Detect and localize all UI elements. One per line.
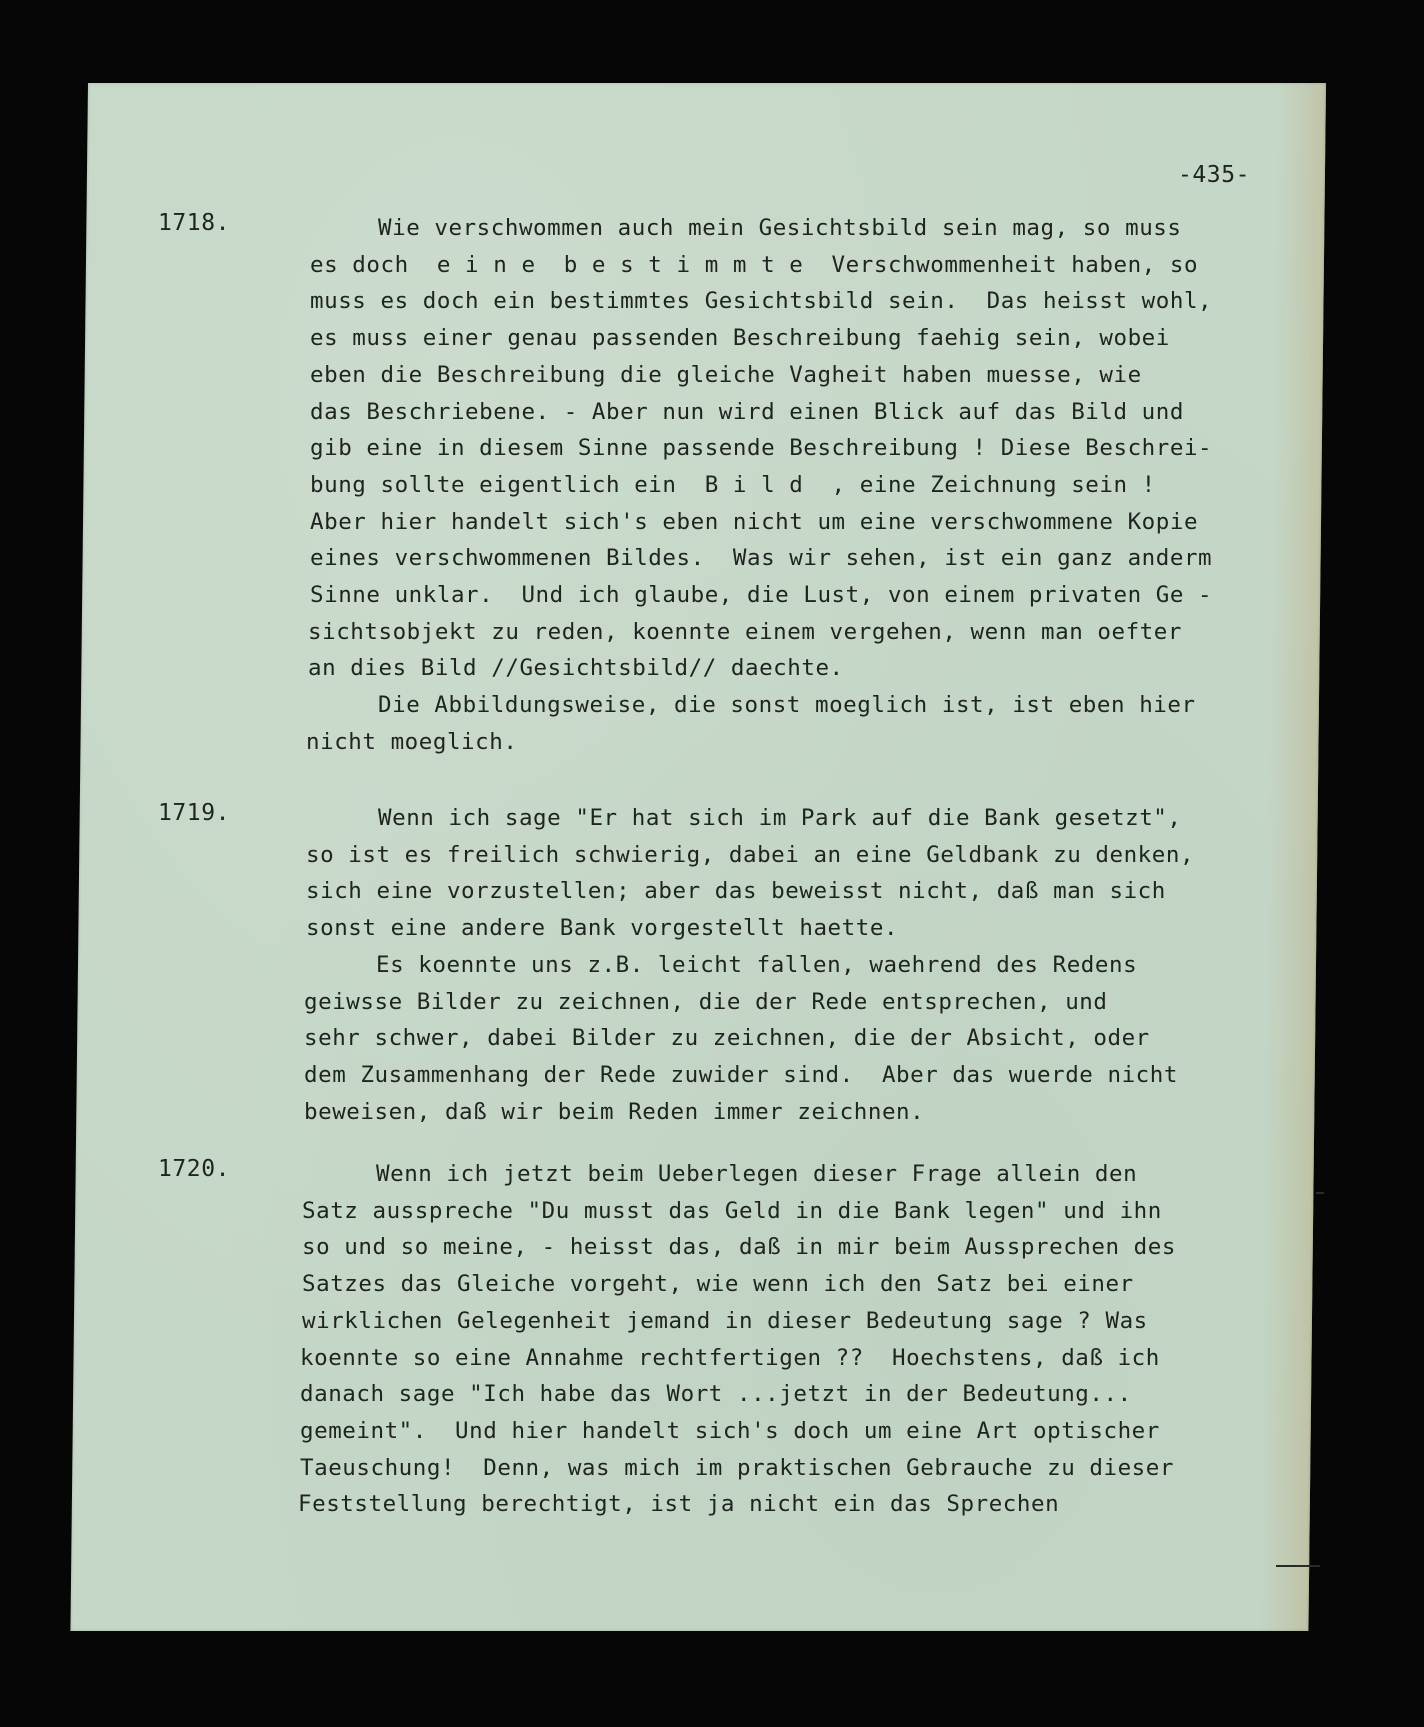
text-line: dem Zusammenhang der Rede zuwider sind. …	[304, 1057, 1178, 1093]
text-line: Taeuschung! Denn, was mich im praktische…	[300, 1450, 1174, 1486]
text-line: das Beschriebene. - Aber nun wird einen …	[310, 394, 1184, 430]
text-line: geiwsse Bilder zu zeichnen, die der Rede…	[304, 984, 1107, 1020]
margin-mark	[1316, 1192, 1324, 1194]
text-line: danach sage "Ich habe das Wort ...jetzt …	[300, 1376, 1132, 1412]
text-line: es doch e i n e b e s t i m m t e Versch…	[310, 247, 1198, 283]
text-line: eben die Beschreibung die gleiche Vaghei…	[310, 357, 1142, 393]
text-line: es muss einer genau passenden Beschreibu…	[310, 320, 1170, 356]
text-line: eines verschwommenen Bildes. Was wir seh…	[310, 540, 1212, 576]
text-line: Wenn ich sage "Er hat sich im Park auf d…	[378, 800, 1181, 836]
text-line: Satzes das Gleiche vorgeht, wie wenn ich…	[302, 1266, 1134, 1302]
text-line: Aber hier handelt sich's eben nicht um e…	[310, 504, 1198, 540]
text-line: bung sollte eigentlich ein B i l d , ein…	[310, 467, 1156, 503]
text-line: sichtsobjekt zu reden, koennte einem ver…	[308, 614, 1182, 650]
text-line: muss es doch ein bestimmtes Gesichtsbild…	[310, 283, 1212, 319]
margin-mark	[1276, 1565, 1320, 1567]
text-line: wirklichen Gelegenheit jemand in dieser …	[302, 1303, 1148, 1339]
text-line: sonst eine andere Bank vorgestellt haett…	[306, 910, 898, 946]
text-line: beweisen, daß wir beim Reden immer zeich…	[304, 1094, 924, 1130]
text-line: koennte so eine Annahme rechtfertigen ??…	[300, 1340, 1160, 1376]
text-line: Feststellung berechtigt, ist ja nicht ei…	[298, 1486, 1059, 1522]
text-line: nicht moeglich.	[306, 724, 517, 760]
text-line: gib eine in diesem Sinne passende Beschr…	[310, 430, 1212, 466]
remark-number: 1719.	[158, 800, 230, 826]
text-line: Wie verschwommen auch mein Gesichtsbild …	[378, 210, 1181, 246]
text-line: Sinne unklar. Und ich glaube, die Lust, …	[310, 577, 1212, 613]
page-number: -435-	[1178, 162, 1250, 188]
text-line: Es koennte uns z.B. leicht fallen, waehr…	[376, 947, 1137, 983]
text-line: an dies Bild //Gesichtsbild// daechte.	[308, 650, 844, 686]
typewritten-document: -435- 1718.Wie verschwommen auch mein Ge…	[0, 0, 1424, 1727]
text-line: so und so meine, - heisst das, daß in mi…	[302, 1229, 1176, 1265]
text-line: Die Abbildungsweise, die sonst moeglich …	[378, 687, 1196, 723]
remark-number: 1720.	[158, 1156, 230, 1182]
text-line: so ist es freilich schwierig, dabei an e…	[306, 837, 1194, 873]
text-line: Satz ausspreche "Du musst das Geld in di…	[302, 1193, 1162, 1229]
text-line: Wenn ich jetzt beim Ueberlegen dieser Fr…	[376, 1156, 1137, 1192]
text-line: sehr schwer, dabei Bilder zu zeichnen, d…	[304, 1020, 1150, 1056]
text-line: sich eine vorzustellen; aber das beweiss…	[306, 873, 1166, 909]
remark-number: 1718.	[158, 210, 230, 236]
text-line: gemeint". Und hier handelt sich's doch u…	[300, 1413, 1160, 1449]
